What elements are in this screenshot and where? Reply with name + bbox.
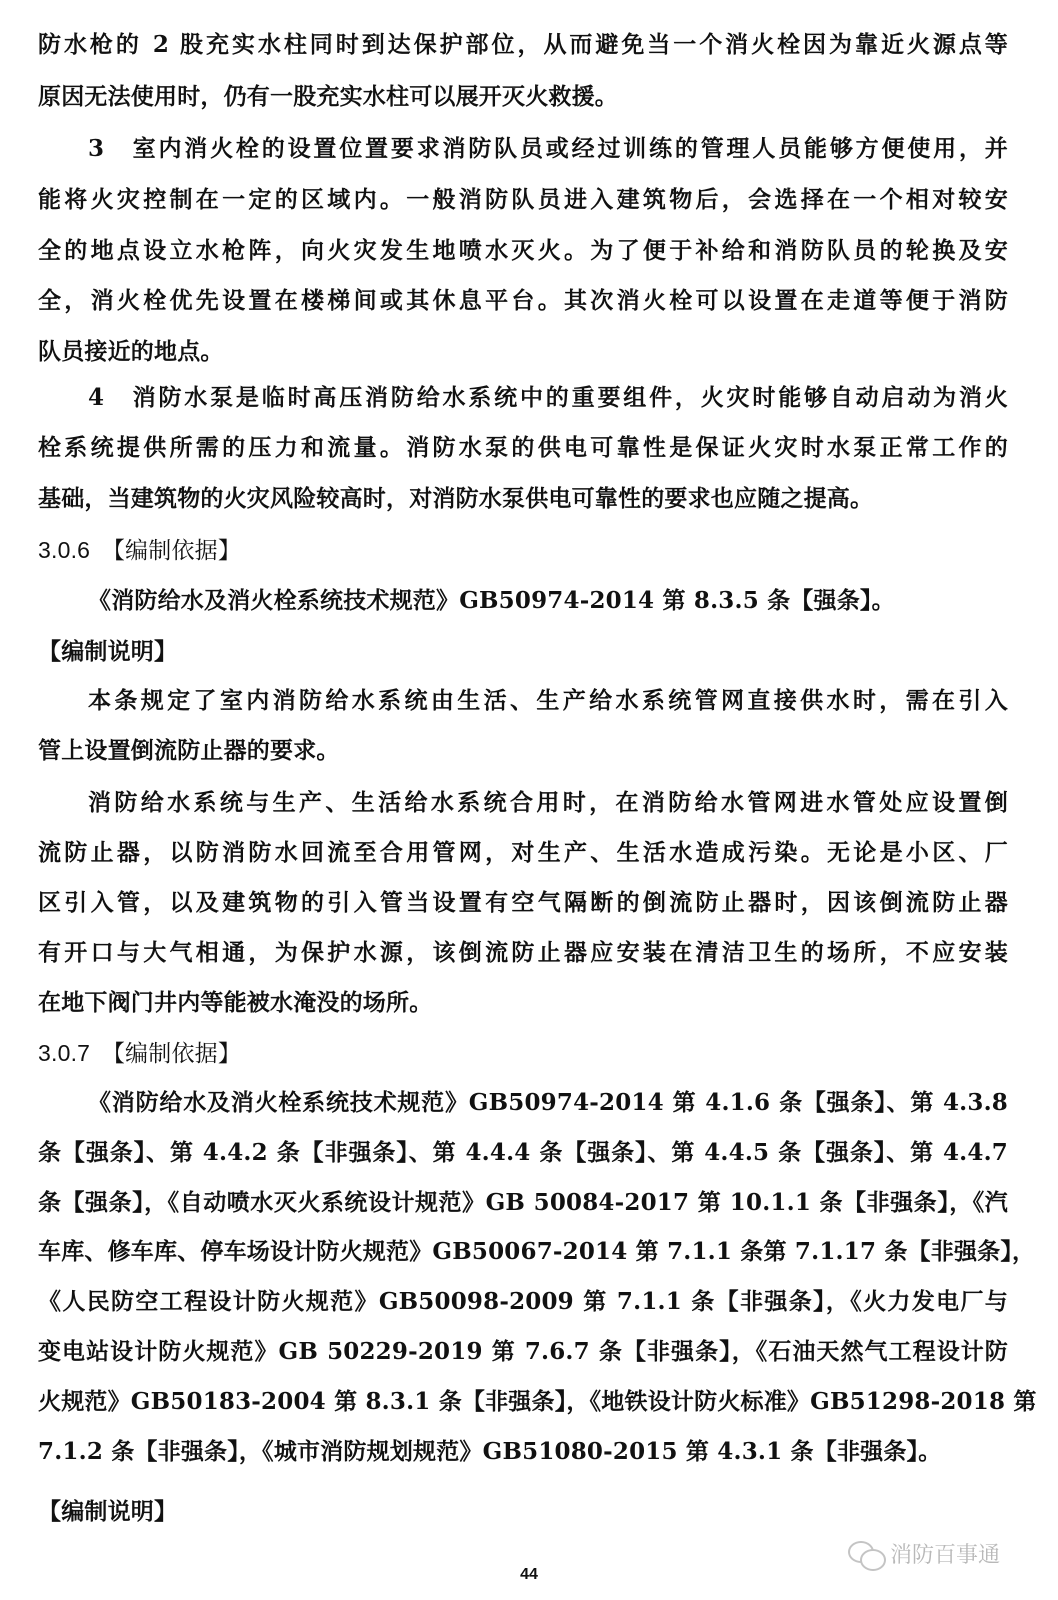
text-line: 区引入管，以及建筑物的引入管当设置有空气隔断的倒流防止器时，因该倒流防止器	[38, 888, 1008, 918]
text-line: 《人民防空工程设计防火规范》GB50098-2009 第 7.1.1 条【非强条…	[38, 1287, 1008, 1317]
document-page: 防水枪的 2 股充实水柱同时到达保护部位，从而避免当一个消火栓因为靠近火源点等原…	[0, 0, 1058, 1600]
text-line: 《消防给水及消火栓系统技术规范》GB50974-2014 第 8.3.5 条【强…	[88, 586, 1008, 616]
text-line: 车库、修车库、停车场设计防火规范》GB50067-2014 第 7.1.1 条第…	[38, 1237, 1008, 1267]
text-line: 【编制说明】	[38, 637, 1008, 667]
text-line: 全，消火栓优先设置在楼梯间或其休息平台。其次消火栓可以设置在走道等便于消防	[38, 286, 1008, 316]
text-line: 条【强条】，《自动喷水灭火系统设计规范》GB 50084-2017 第 10.1…	[38, 1188, 1008, 1218]
text-line: 在地下阀门井内等能被水淹没的场所。	[38, 988, 1008, 1018]
text-line: 火规范》GB50183-2004 第 8.3.1 条【非强条】，《地铁设计防火标…	[38, 1387, 1008, 1417]
text-line: 本条规定了室内消防给水系统由生活、生产给水系统管网直接供水时，需在引入	[88, 686, 1008, 716]
wechat-icon	[846, 1539, 886, 1569]
text-line: 栓系统提供所需的压力和流量。消防水泵的供电可靠性是保证火灾时水泵正常工作的	[38, 433, 1008, 463]
text-line: 流防止器，以防消防水回流至合用管网，对生产、生活水造成污染。无论是小区、厂	[38, 838, 1008, 868]
section-heading: 3.0.7 【编制依据】	[38, 1038, 1008, 1068]
text-line: 原因无法使用时，仍有一股充实水柱可以展开灭火救援。	[38, 82, 1008, 112]
text-line: 管上设置倒流防止器的要求。	[38, 736, 1008, 766]
text-line: 条【强条】、第 4.4.2 条【非强条】、第 4.4.4 条【强条】、第 4.4…	[38, 1138, 1008, 1168]
text-line: 防水枪的 2 股充实水柱同时到达保护部位，从而避免当一个消火栓因为靠近火源点等	[38, 30, 1008, 60]
text-line: 变电站设计防火规范》GB 50229-2019 第 7.6.7 条【非强条】，《…	[38, 1337, 1008, 1367]
text-line: 《消防给水及消火栓系统技术规范》GB50974-2014 第 4.1.6 条【强…	[88, 1088, 1008, 1118]
text-line: 队员接近的地点。	[38, 337, 1008, 367]
text-line: 有开口与大气相通，为保护水源，该倒流防止器应安装在清洁卫生的场所，不应安装	[38, 938, 1008, 968]
text-line: 7.1.2 条【非强条】，《城市消防规划规范》GB51080-2015 第 4.…	[38, 1437, 1008, 1467]
section-heading: 3.0.6 【编制依据】	[38, 535, 1008, 565]
watermark-text: 消防百事通	[890, 1538, 1000, 1569]
watermark: 消防百事通	[846, 1538, 1000, 1569]
text-line: 消防给水系统与生产、生活给水系统合用时，在消防给水管网进水管处应设置倒	[88, 788, 1008, 818]
text-line: 全的地点设立水枪阵，向火灾发生地喷水灭火。为了便于补给和消防队员的轮换及安	[38, 236, 1008, 266]
text-line: 4 消防水泵是临时高压消防给水系统中的重要组件，火灾时能够自动启动为消火	[88, 383, 1008, 413]
text-line: 3 室内消火栓的设置位置要求消防队员或经过训练的管理人员能够方便使用，并	[88, 134, 1008, 164]
text-line: 能将火灾控制在一定的区域内。一般消防队员进入建筑物后，会选择在一个相对较安	[38, 185, 1008, 215]
text-line: 【编制说明】	[38, 1497, 1008, 1527]
text-line: 基础，当建筑物的火灾风险较高时，对消防水泵供电可靠性的要求也应随之提高。	[38, 484, 1008, 514]
